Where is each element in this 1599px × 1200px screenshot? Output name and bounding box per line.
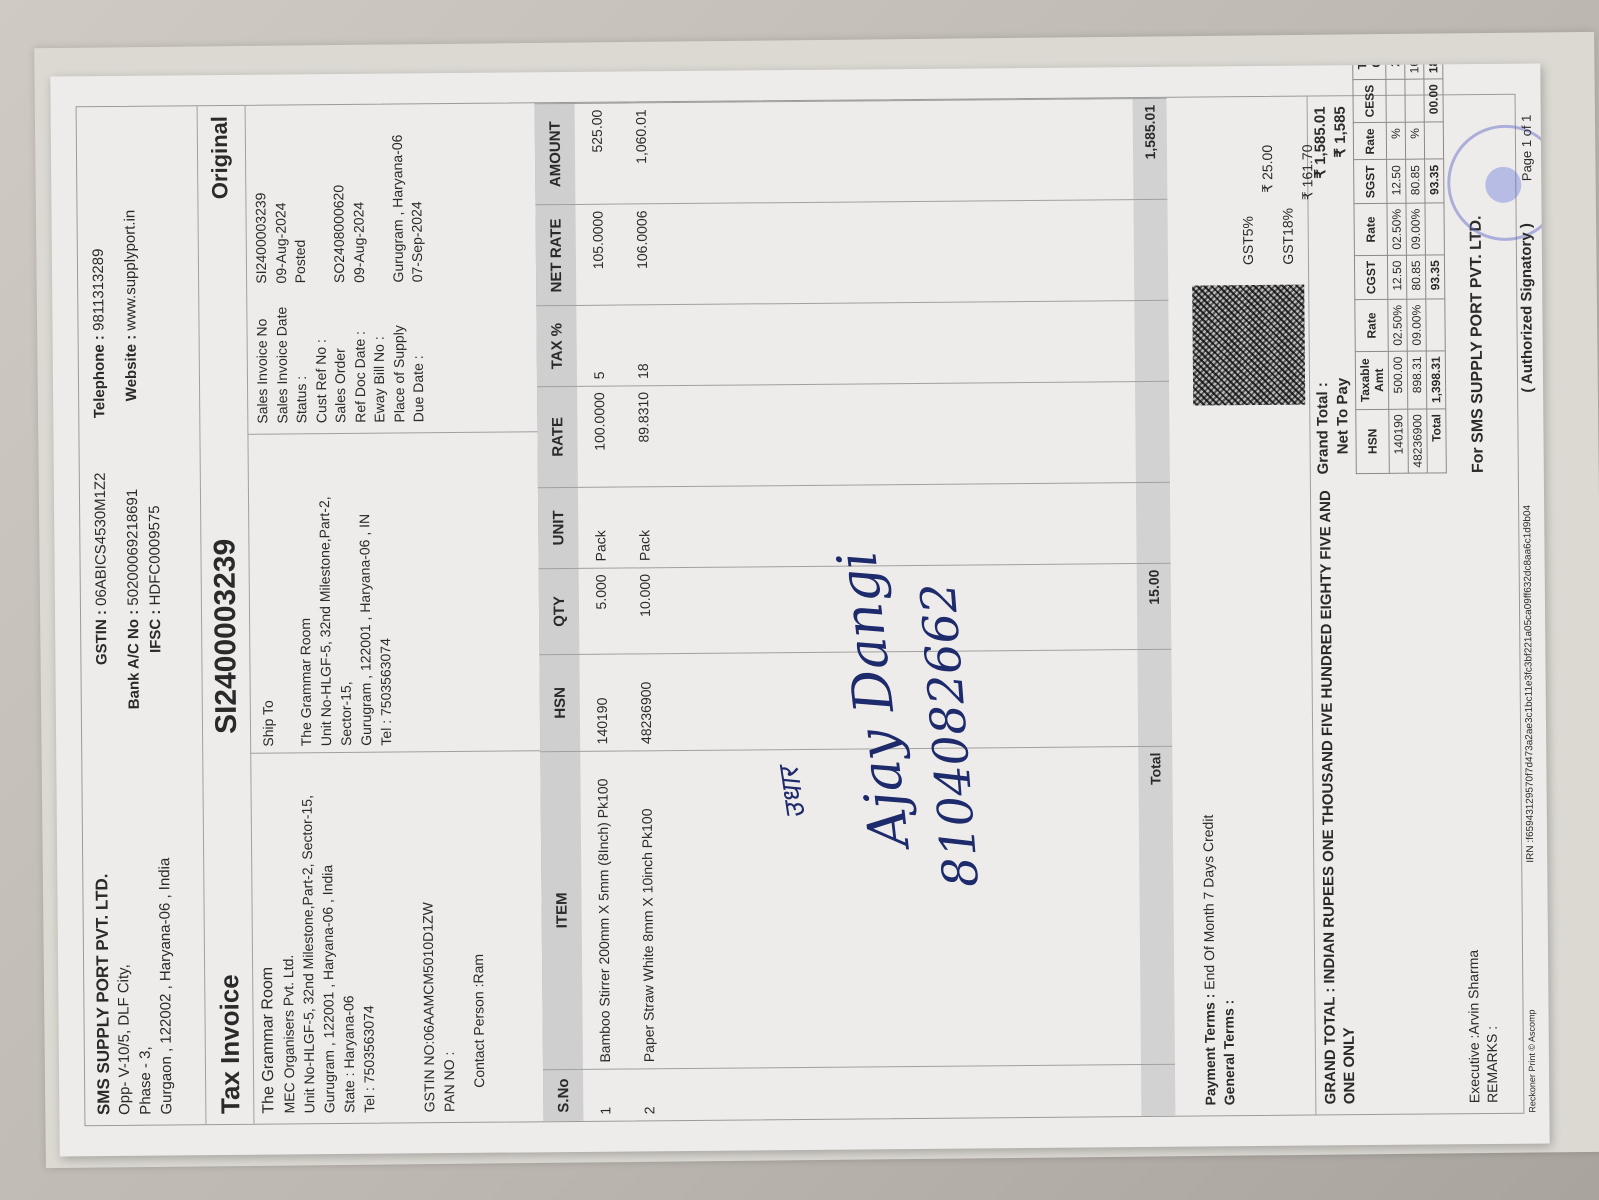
- seller-contact: Telephone : 9811313289 Website : www.sup…: [87, 210, 143, 436]
- meta-value: 09-Aug-2024: [272, 203, 289, 284]
- ship-to-line: Sector-15,: [333, 440, 356, 746]
- hsn-tax-table: HSNTaxable AmtRateCGSTRateSGSTRateCESSTo…: [1352, 64, 1447, 475]
- hsn-cell: 12.50: [1387, 160, 1406, 204]
- seller-gstin: 06ABICS4530M1Z2: [92, 472, 110, 606]
- cell-tax: 18: [620, 305, 665, 386]
- meta-key: Cust Ref No :: [311, 283, 332, 423]
- hsn-cell: [1426, 299, 1445, 351]
- hsn-cell: 1,398.31: [1426, 351, 1446, 409]
- gstin-label: GSTIN :: [91, 610, 114, 720]
- telephone: 9811313289: [90, 249, 108, 331]
- column-header: UNIT: [538, 487, 579, 568]
- ship-to-line: Unit No-HLGF-5, 32nd Milestone,Part-2,: [314, 440, 337, 746]
- cell-unit: Pack: [622, 487, 667, 568]
- payment-terms-value: End Of Month 7 Days Credit: [1200, 815, 1218, 990]
- bill-to-pan: PAN NO :: [436, 752, 459, 1112]
- hsn-column-header: SGST: [1354, 160, 1387, 204]
- meta-row: Due Date :07-Sep-2024: [407, 134, 429, 422]
- hsn-cell: 02.50%: [1388, 299, 1407, 351]
- bill-to-line: Unit No-HLGF-5, 32nd Milestone,Part-2, S…: [296, 753, 319, 1113]
- column-header: NET RATE: [535, 205, 576, 307]
- grand-total-label: Grand Total :: [1314, 382, 1332, 474]
- cell-sno: 2: [627, 1069, 671, 1121]
- copy-label: Original: [207, 116, 234, 199]
- column-header: ITEM: [540, 751, 583, 1070]
- hsn-column-header: HSN: [1356, 409, 1390, 474]
- meta-key: Eway Bill No :: [369, 283, 390, 423]
- column-header: TAX %: [536, 306, 577, 387]
- cell-tax: 5: [576, 305, 621, 386]
- hsn-column-header: Total GST: [1352, 64, 1385, 80]
- ship-to: Ship To The Grammar Room Unit No-HLGF-5,…: [247, 431, 540, 754]
- gst-summary-row: GST5%₹ 25.00: [1237, 97, 1278, 265]
- meta-row: Place of SupplyGurugram , Haryana-06: [387, 135, 409, 423]
- gst-label: GST18%: [1280, 208, 1296, 265]
- meta-row: Sales Invoice NoSI2400003239: [251, 136, 273, 424]
- terms-section: Payment Terms : End Of Month 7 Days Cred…: [1187, 97, 1317, 1116]
- meta-row: Ref Doc Date :09-Aug-2024: [348, 135, 370, 423]
- column-header: AMOUNT: [535, 103, 576, 205]
- meta-value: Gurugram , Haryana-06: [388, 135, 405, 283]
- hsn-cell: [1405, 79, 1424, 123]
- bill-to: The Grammar Room MEC Organisers Pvt. Ltd…: [256, 752, 489, 1114]
- hsn-cell: 80.85: [1406, 255, 1425, 300]
- meta-value: 07-Sep-2024: [408, 201, 425, 282]
- invoice-number: SI2400003239: [208, 539, 244, 734]
- handwritten-note: उधार: [769, 765, 814, 821]
- seller-name: SMS SUPPLY PORT PVT. LTD.: [91, 858, 114, 1115]
- meta-key: Sales Invoice Date: [272, 283, 293, 423]
- cell-hsn: 48236900: [623, 654, 668, 751]
- hsn-column-header: Rate: [1355, 300, 1388, 352]
- executive-block: Executive :Arvin Sharma REMARKS :: [1464, 950, 1501, 1104]
- bank-account: 50200069218691: [124, 489, 142, 606]
- column-header: S.No: [543, 1069, 583, 1121]
- meta-value: Posted: [292, 240, 308, 284]
- seller-block: SMS SUPPLY PORT PVT. LTD. Opp- V-10/5, D…: [91, 858, 177, 1116]
- hsn-cell: 140190: [1389, 409, 1409, 474]
- cell-rate: 89.8310: [621, 385, 666, 487]
- cell-amount: 1,060.01: [619, 103, 664, 205]
- hsn-cell: 898.31: [1407, 351, 1427, 409]
- page-number: Page 1 of 1: [1519, 115, 1535, 182]
- cell-qty: 10.000: [623, 567, 668, 654]
- meta-key: Due Date :: [408, 282, 429, 422]
- total-qty: 15.00: [1137, 563, 1172, 650]
- cell-hsn: 140190: [579, 654, 624, 751]
- hsn-cell: [1386, 79, 1405, 123]
- remarks-label: REMARKS :: [1482, 950, 1501, 1103]
- total-amount: 1,585.01: [1133, 98, 1168, 199]
- meta-key: Status :: [291, 283, 312, 423]
- invoice-frame: SMS SUPPLY PORT PVT. LTD. Opp- V-10/5, D…: [76, 94, 1525, 1127]
- executive-name: Executive :Arvin Sharma: [1464, 950, 1483, 1103]
- table-blank-space: [663, 99, 1142, 1121]
- hsn-cell: 93.35: [1425, 255, 1444, 300]
- invoice-meta: Sales Invoice NoSI2400003239Sales Invoic…: [251, 134, 429, 423]
- column-header: HSN: [539, 654, 580, 751]
- hsn-column-header: Rate: [1354, 204, 1387, 256]
- gst-label: GST5%: [1240, 216, 1256, 265]
- hsn-column-header: CESS: [1353, 79, 1386, 123]
- column-header: QTY: [539, 568, 580, 655]
- cell-sno: 1: [583, 1069, 627, 1121]
- cell-qty: 5.000: [579, 568, 624, 655]
- general-terms-label: General Terms :: [1220, 1000, 1237, 1106]
- seller-tax-bank: GSTIN : 06ABICS4530M1Z2 Bank A/C No : 50…: [90, 472, 168, 720]
- authorized-signatory: ( Authorized Signatory ): [1518, 223, 1536, 393]
- meta-row: Sales OrderSO2408000620: [329, 135, 351, 423]
- cell-amount: 525.00: [575, 103, 620, 205]
- parties-section: The Grammar Room MEC Organisers Pvt. Ltd…: [245, 103, 545, 1124]
- printed-by: Reckoner Print © Ascomp: [1527, 1009, 1538, 1112]
- hsn-cell: 00.00: [1424, 79, 1443, 123]
- contact-person: Contact Person :Ram: [466, 752, 489, 1088]
- gst-value: ₹ 25.00: [1257, 145, 1278, 265]
- meta-key: Place of Supply: [389, 282, 410, 422]
- irn-number: IRN :f65943129570f7d473a2ae3c1bc11e3fc3b…: [1522, 505, 1536, 863]
- hsn-cell: [1425, 203, 1444, 255]
- payment-terms-label: Payment Terms :: [1201, 994, 1218, 1106]
- hsn-cell: Total: [1427, 408, 1447, 473]
- grand-total-value: ₹ 1,585.01: [1311, 106, 1332, 178]
- hsn-total-row: Total1,398.3193.3593.3500.00186.70: [1423, 64, 1446, 474]
- meta-value: SI2400003239: [252, 193, 269, 284]
- hsn-cell: %: [1386, 123, 1405, 160]
- hsn-column-header: Taxable Amt: [1355, 351, 1389, 409]
- ship-to-line: Gurugram , 122001 , Haryana-06 , IN: [353, 440, 376, 746]
- ship-to-line: The Grammar Room: [294, 440, 317, 746]
- meta-key: Sales Order: [330, 283, 351, 423]
- seller-address-2: Phase - 3,: [133, 858, 156, 1115]
- website-link[interactable]: www.supplyport.in: [121, 210, 139, 331]
- hsn-cell: 02.50%: [1387, 203, 1406, 255]
- cell-item: Paper Straw White 8mm X 10inch Pk100: [624, 750, 671, 1069]
- hsn-cell: 186.70: [1423, 64, 1442, 79]
- meta-row: Status :Posted: [290, 135, 312, 423]
- meta-row: Cust Ref No :: [309, 135, 331, 423]
- telephone-label: Telephone :: [89, 335, 112, 435]
- column-header: RATE: [537, 386, 578, 488]
- cell-rate: 100.0000: [577, 386, 622, 488]
- cell-unit: Pack: [578, 487, 623, 568]
- hsn-cell: 09.00%: [1406, 203, 1425, 255]
- hsn-cell: 48236900: [1408, 409, 1428, 474]
- meta-value: 09-Aug-2024: [350, 202, 367, 283]
- net-to-pay-label: Net To Pay: [1334, 378, 1352, 455]
- invoice-sheet: SMS SUPPLY PORT PVT. LTD. Opp- V-10/5, D…: [65, 79, 1534, 1142]
- invoice-paper: SMS SUPPLY PORT PVT. LTD. Opp- V-10/5, D…: [50, 64, 1549, 1157]
- hsn-cell: 500.00: [1388, 351, 1408, 409]
- grand-total-block: Grand Total :₹ 1,585.01 Net To Pay₹ 1,58…: [1311, 106, 1354, 474]
- hsn-cell: 09.00%: [1407, 299, 1426, 351]
- hsn-cell: 161.70: [1404, 64, 1423, 79]
- amount-in-words: GRAND TOTAL : INDIAN RUPEES ONE THOUSAND…: [1316, 484, 1359, 1104]
- seller-address-1: Opp- V-10/5, DLF City,: [112, 858, 135, 1115]
- meta-value: SO2408000620: [330, 185, 347, 283]
- qr-code: [1192, 285, 1305, 406]
- terms-text: Payment Terms : End Of Month 7 Days Cred…: [1199, 814, 1240, 1105]
- cell-item: Bamboo Stirrer 200mm X 5mm (8Inch) Pk100: [580, 751, 627, 1070]
- hsn-column-header: CGST: [1354, 255, 1387, 300]
- hsn-cell: 93.35: [1425, 159, 1444, 203]
- hsn-cell: 80.85: [1406, 160, 1425, 204]
- meta-row: Eway Bill No :: [368, 135, 390, 423]
- net-to-pay-value: ₹ 1,585: [1331, 106, 1351, 157]
- cell-net-rate: 105.0000: [575, 204, 620, 306]
- hsn-cell: 12.50: [1387, 255, 1406, 300]
- hsn-cell: [1424, 122, 1443, 159]
- bill-to-line: Tel : 7503563074: [356, 753, 379, 1113]
- document-title: Tax Invoice: [214, 974, 246, 1114]
- seller-header: SMS SUPPLY PORT PVT. LTD. Opp- V-10/5, D…: [77, 106, 207, 1125]
- ifsc-label: IFSC :: [145, 610, 168, 720]
- total-label: Total: [1138, 746, 1175, 1065]
- totals-section: GRAND TOTAL : INDIAN RUPEES ONE THOUSAND…: [1307, 95, 1524, 1115]
- website-label: Website :: [121, 335, 144, 435]
- meta-row: Sales Invoice Date09-Aug-2024: [270, 136, 292, 424]
- cell-net-rate: 106.0006: [619, 204, 664, 306]
- bank-label: Bank A/C No :: [123, 610, 146, 720]
- meta-key: Ref Doc Date :: [350, 283, 371, 423]
- hsn-cell: 25.00: [1385, 64, 1404, 80]
- ship-to-line: Tel : 7503563074: [373, 440, 396, 746]
- ifsc-code: HDFC0009575: [146, 505, 164, 605]
- hsn-column-header: Rate: [1353, 123, 1386, 160]
- seller-address-3: Gurgaon , 122002 , Haryana-06 , India: [154, 858, 177, 1115]
- hsn-cell: %: [1405, 122, 1424, 159]
- meta-key: Sales Invoice No: [252, 284, 273, 424]
- ship-to-heading: Ship To: [256, 441, 279, 747]
